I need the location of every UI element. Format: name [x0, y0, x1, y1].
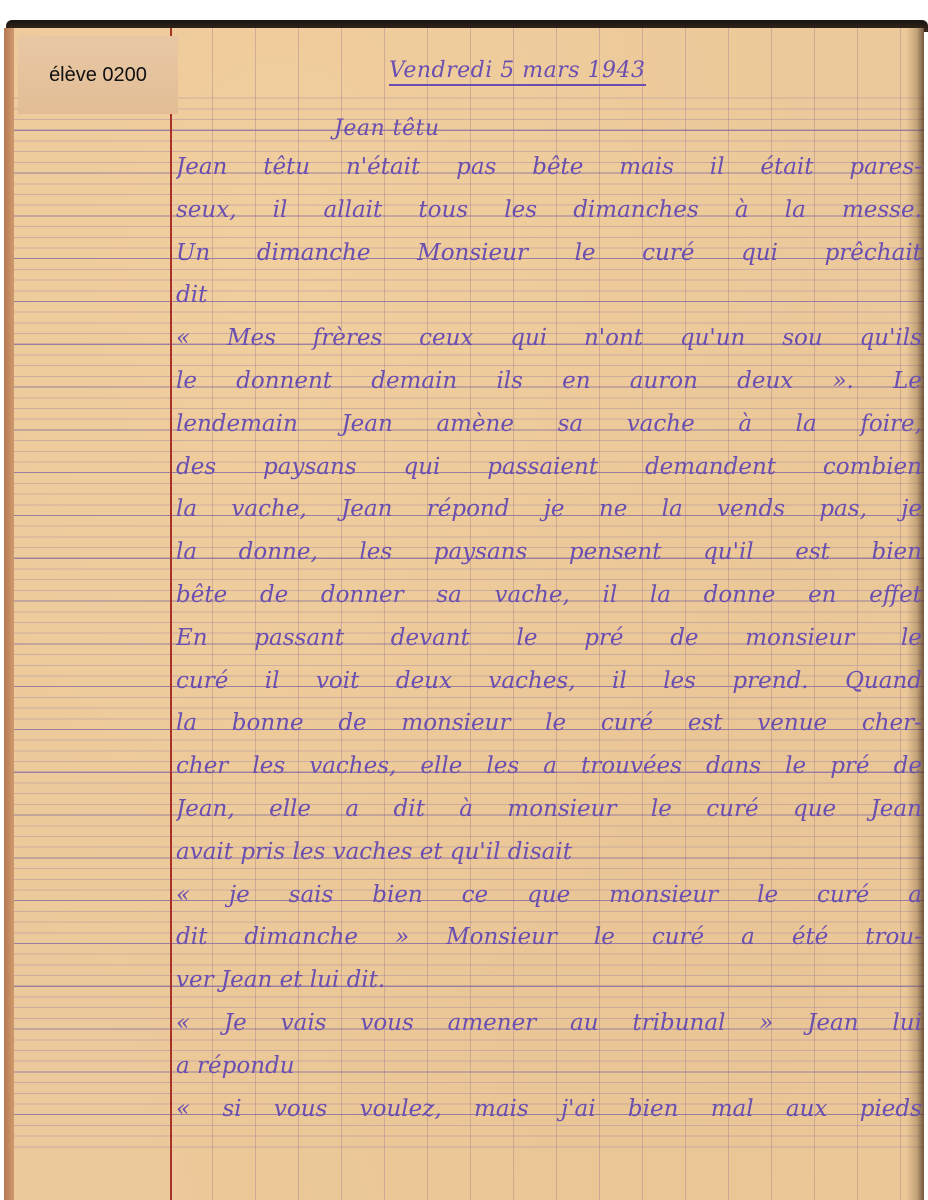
text-line: «Mesfrèresceuxquin'ontqu'unsouqu'ils	[176, 313, 922, 356]
handwritten-word: qui	[741, 232, 778, 271]
handwritten-word: En	[176, 617, 208, 656]
handwritten-word: «	[176, 1088, 190, 1127]
handwritten-word: de	[670, 617, 698, 656]
handwritten-word: le	[785, 745, 806, 784]
handwritten-word: ne	[599, 488, 627, 527]
handwritten-word: vous	[274, 1088, 327, 1127]
handwritten-word: a	[741, 916, 755, 955]
handwritten-word: ils	[496, 360, 523, 399]
handwritten-word: trou-	[865, 916, 922, 955]
handwritten-word: pré	[584, 617, 623, 656]
handwritten-word: il	[273, 189, 288, 228]
handwritten-word: ».	[832, 360, 853, 399]
handwritten-word: je	[901, 488, 922, 527]
handwritten-word: aux	[786, 1088, 828, 1127]
handwritten-word: pré	[830, 745, 869, 784]
handwritten-word: répond	[427, 488, 510, 527]
handwritten-word: le	[575, 232, 596, 271]
notebook-paper: élève 0200 Vendredi 5 mars 1943 Jean têt…	[4, 28, 924, 1200]
handwritten-word: curé	[642, 232, 694, 271]
text-line: a répondu	[176, 1041, 922, 1084]
handwritten-word: je	[544, 488, 565, 527]
handwritten-word: elle	[269, 788, 311, 827]
text-line: «Jevaisvousamenerautribunal»Jeanlui	[176, 998, 922, 1041]
handwritten-word: qu'ils	[860, 317, 922, 356]
handwritten-word: que	[793, 788, 836, 827]
paper-left-edge	[4, 28, 14, 1200]
handwritten-word: voulez,	[360, 1088, 442, 1127]
handwritten-text-body: Jeantêtun'étaitpasbêtemaisilétaitpares- …	[176, 142, 922, 1126]
handwritten-word: dit	[176, 916, 207, 955]
handwritten-word: monsieur	[745, 617, 854, 656]
handwritten-word: voit	[316, 660, 359, 699]
handwritten-word: est	[795, 531, 830, 570]
handwritten-word: pieds	[860, 1088, 922, 1127]
handwritten-word: ceux	[419, 317, 473, 356]
handwritten-word: il	[265, 660, 280, 699]
handwritten-word: vache,	[231, 488, 306, 527]
handwritten-word: deux	[737, 360, 793, 399]
handwritten-word: les	[663, 660, 696, 699]
handwritten-word: sa	[436, 574, 462, 613]
handwritten-word: amener	[448, 1002, 537, 1041]
handwritten-word: demandent	[645, 446, 776, 485]
handwritten-word: le	[901, 617, 922, 656]
handwritten-word: dimanche	[244, 916, 358, 955]
handwritten-word: qui	[510, 317, 547, 356]
handwritten-word: il	[612, 660, 627, 699]
handwritten-word: bien	[372, 874, 423, 913]
handwritten-word: le	[594, 916, 615, 955]
handwritten-word: des	[176, 446, 216, 485]
handwritten-word: le	[545, 702, 566, 741]
text-line: bêtededonnersavache,illadonneeneffet	[176, 570, 922, 613]
handwritten-word: têtu	[263, 146, 310, 185]
handwritten-word: tous	[418, 189, 468, 228]
handwritten-word: Monsieur	[417, 232, 528, 271]
handwritten-word: prend.	[732, 660, 808, 699]
handwritten-word: bête	[176, 574, 227, 613]
handwritten-word: monsieur	[609, 874, 718, 913]
handwritten-date: Vendredi 5 mars 1943	[389, 58, 646, 86]
handwritten-word: les	[359, 531, 392, 570]
handwritten-word: bonne	[232, 702, 304, 741]
handwritten-word: dans	[706, 745, 761, 784]
handwritten-word: lui	[892, 1002, 922, 1041]
handwritten-word: sa	[558, 403, 584, 442]
handwritten-word: était	[760, 146, 813, 185]
handwritten-word: amène	[436, 403, 514, 442]
text-line: Enpassantdevantleprédemonsieurle	[176, 613, 922, 656]
handwritten-word: les	[486, 745, 519, 784]
handwritten-word: les	[252, 745, 285, 784]
handwritten-word: qu'un	[680, 317, 746, 356]
handwritten-word: a	[908, 874, 922, 913]
handwritten-word: que	[527, 874, 570, 913]
handwritten-word: la	[176, 488, 197, 527]
scanned-notebook-page: élève 0200 Vendredi 5 mars 1943 Jean têt…	[0, 0, 928, 1200]
handwritten-word: Jean,	[176, 788, 235, 827]
handwritten-word: à	[738, 403, 752, 442]
handwritten-word: si	[222, 1088, 241, 1127]
red-margin-line	[170, 28, 172, 1200]
text-line: ladonne,lespaysanspensentqu'ilestbien	[176, 527, 922, 570]
handwritten-word: dit	[394, 788, 425, 827]
handwritten-word: n'était	[346, 146, 420, 185]
text-line: despaysansquipassaientdemandentcombien	[176, 442, 922, 485]
handwritten-word: donne	[704, 574, 776, 613]
handwritten-word: donne,	[239, 531, 318, 570]
handwritten-word: vaches,	[309, 745, 396, 784]
handwritten-word: seux,	[176, 189, 237, 228]
handwritten-word: Jean	[341, 488, 392, 527]
handwritten-word: en	[808, 574, 836, 613]
handwritten-word: la	[662, 488, 683, 527]
handwritten-word: trouvées	[581, 745, 682, 784]
handwritten-word: donnent	[236, 360, 332, 399]
handwritten-word: je	[229, 874, 250, 913]
handwritten-word: la	[176, 702, 197, 741]
handwritten-word: paysans	[434, 531, 528, 570]
text-line: «jesaisbiencequemonsieurlecuréa	[176, 870, 922, 913]
handwritten-word: les	[504, 189, 537, 228]
handwritten-word: à	[459, 788, 473, 827]
handwritten-word: qu'il	[703, 531, 754, 570]
text-line: seux,ilallaittouslesdimanchesàlamesse.	[176, 185, 922, 228]
handwritten-word: cher-	[862, 702, 922, 741]
handwritten-word: foire,	[860, 403, 922, 442]
handwritten-word: tribunal	[632, 1002, 725, 1041]
handwritten-word: la	[785, 189, 806, 228]
handwritten-word: la	[650, 574, 671, 613]
handwritten-word: au	[570, 1002, 599, 1041]
handwritten-word: Monsieur	[446, 916, 557, 955]
text-line: labonnedemonsieurlecuréestvenuecher-	[176, 698, 922, 741]
handwritten-word: curé	[706, 788, 758, 827]
handwritten-word: à	[735, 189, 749, 228]
text-line: Jean,elleaditàmonsieurlecuréqueJean	[176, 784, 922, 827]
handwritten-word: monsieur	[507, 788, 616, 827]
handwritten-word: Le	[893, 360, 922, 399]
handwritten-word: Jean	[871, 788, 922, 827]
handwritten-word: venue	[757, 702, 827, 741]
text-line: avait pris les vaches et qu'il disait	[176, 827, 922, 870]
handwritten-word: pensent	[569, 531, 662, 570]
handwritten-word: a	[345, 788, 359, 827]
handwritten-word: cher	[176, 745, 228, 784]
handwritten-word: «	[176, 317, 190, 356]
handwritten-word: allait	[324, 189, 383, 228]
handwritten-word: il	[710, 146, 725, 185]
handwritten-word: le	[757, 874, 778, 913]
handwritten-word: Jean	[807, 1002, 858, 1041]
handwritten-word: Un	[176, 232, 210, 271]
handwritten-word: a	[543, 745, 557, 784]
text-line: UndimancheMonsieurlecuréquiprêchait	[176, 228, 922, 271]
text-line: lendemainJeanamènesavacheàlafoire,	[176, 399, 922, 442]
handwritten-word: bien	[628, 1088, 679, 1127]
handwritten-word: passant	[254, 617, 344, 656]
handwritten-word: bête	[532, 146, 583, 185]
handwritten-word: »	[759, 1002, 773, 1041]
handwritten-word: combien	[823, 446, 922, 485]
handwritten-word: vaches,	[488, 660, 575, 699]
handwritten-word: messe.	[842, 189, 922, 228]
handwritten-word: de	[894, 745, 922, 784]
text-line: cherlesvaches,ellelesatrouvéesdanslepréd…	[176, 741, 922, 784]
handwritten-word: mais	[474, 1088, 529, 1127]
handwritten-word: vous	[360, 1002, 413, 1041]
handwritten-word: frères	[313, 317, 383, 356]
handwritten-word: pas	[456, 146, 496, 185]
handwritten-word: est	[688, 702, 723, 741]
text-line: ditdimanche»Monsieurlecuréaététrou-	[176, 912, 922, 955]
handwritten-word: devant	[391, 617, 470, 656]
handwritten-word: paysans	[263, 446, 357, 485]
handwritten-word: de	[260, 574, 288, 613]
handwritten-word: dimanches	[573, 189, 699, 228]
handwritten-word: dimanche	[257, 232, 371, 271]
handwritten-word: sou	[782, 317, 822, 356]
handwritten-word: ce	[462, 874, 489, 913]
handwritten-word: Quand	[845, 660, 922, 699]
handwritten-word: demain	[371, 360, 457, 399]
handwritten-word: »	[395, 916, 409, 955]
handwritten-word: Jean	[176, 146, 227, 185]
handwritten-word: j'ai	[561, 1088, 596, 1127]
handwritten-word: «	[176, 1002, 190, 1041]
handwritten-word: le	[651, 788, 672, 827]
handwritten-word: le	[176, 360, 197, 399]
handwritten-word: vache,	[495, 574, 570, 613]
handwritten-word: de	[338, 702, 366, 741]
handwritten-word: il	[602, 574, 617, 613]
handwritten-word: effet	[869, 574, 922, 613]
handwritten-word: pares-	[849, 146, 922, 185]
handwritten-word: curé	[817, 874, 869, 913]
handwritten-word: Mes	[227, 317, 276, 356]
handwritten-word: n'ont	[584, 317, 643, 356]
handwritten-word: la	[796, 403, 817, 442]
text-line: curéilvoitdeuxvaches,illesprend.Quand	[176, 656, 922, 699]
text-line: ledonnentdemainilsenaurondeux».Le	[176, 356, 922, 399]
handwritten-word: «	[176, 874, 190, 913]
handwritten-word: prêchait	[825, 232, 922, 271]
text-line: dit	[176, 270, 922, 313]
handwritten-word: mais	[619, 146, 674, 185]
handwritten-word: vache	[627, 403, 695, 442]
handwritten-word: été	[792, 916, 828, 955]
student-id-label: élève 0200	[18, 36, 178, 114]
handwritten-word: curé	[601, 702, 653, 741]
handwritten-word: curé	[176, 660, 228, 699]
story-title: Jean têtu	[334, 116, 440, 141]
handwritten-word: monsieur	[401, 702, 510, 741]
text-line: «sivousvoulez,maisj'aibienmalauxpieds	[176, 1084, 922, 1127]
handwritten-word: Jean	[341, 403, 392, 442]
text-line: lavache,Jeanrépondjenelavendspas,je	[176, 484, 922, 527]
handwritten-word: bien	[871, 531, 922, 570]
handwritten-word: mal	[711, 1088, 754, 1127]
handwritten-word: donner	[321, 574, 404, 613]
handwritten-word: vends	[717, 488, 785, 527]
handwritten-word: Je	[224, 1002, 247, 1041]
text-line: ver Jean et lui dit.	[176, 955, 922, 998]
handwritten-word: deux	[396, 660, 452, 699]
handwritten-word: curé	[652, 916, 704, 955]
handwritten-word: le	[517, 617, 538, 656]
text-line: Jeantêtun'étaitpasbêtemaisilétaitpares-	[176, 142, 922, 185]
handwritten-word: vais	[281, 1002, 327, 1041]
handwritten-word: la	[176, 531, 197, 570]
handwritten-word: en	[562, 360, 590, 399]
handwritten-word: sais	[289, 874, 334, 913]
handwritten-word: passaient	[487, 446, 598, 485]
handwritten-word: auron	[630, 360, 698, 399]
handwritten-word: pas,	[819, 488, 867, 527]
handwritten-word: lendemain	[176, 403, 298, 442]
handwritten-word: qui	[403, 446, 440, 485]
handwritten-word: elle	[420, 745, 462, 784]
